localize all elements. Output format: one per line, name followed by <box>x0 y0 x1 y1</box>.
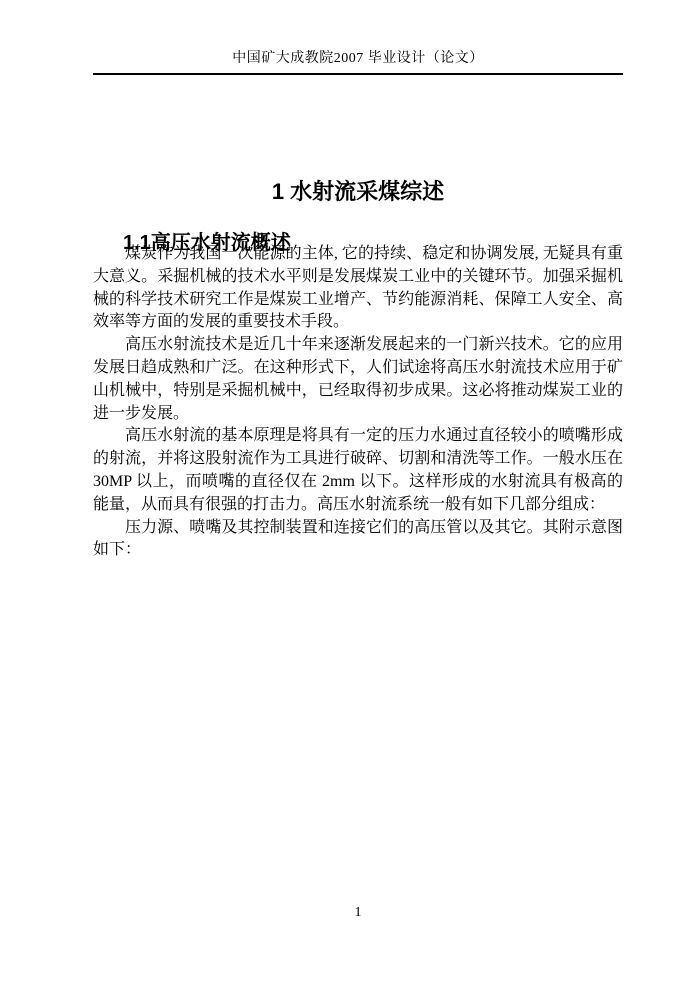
paragraph: 煤炭作为我国一次能源的主体, 它的持续、稳定和协调发展, 无疑具有重大意义。采掘… <box>93 243 623 334</box>
paragraph: 高压水射流技术是近几十年来逐渐发展起来的一门新兴技术。它的应用发展日趋成熟和广泛… <box>93 334 623 425</box>
paragraph: 高压水射流的基本原理是将具有一定的压力水通过直径较小的喷嘴形成的射流，并将这股射… <box>93 425 623 516</box>
running-header: 中国矿大成教院2007 毕业设计（论文） <box>93 50 623 75</box>
document-page: 中国矿大成教院2007 毕业设计（论文） 1 水射流采煤综述 1.1高压水射流概… <box>0 0 696 983</box>
chapter-title: 1 水射流采煤综述 <box>93 178 623 205</box>
page-number: 1 <box>93 903 623 923</box>
running-header-text: 中国矿大成教院2007 毕业设计（论文） <box>232 51 484 66</box>
body-text: 煤炭作为我国一次能源的主体, 它的持续、稳定和协调发展, 无疑具有重大意义。采掘… <box>93 243 623 562</box>
paragraph: 压力源、喷嘴及其控制装置和连接它们的高压管以及其它。其附示意图如下： <box>93 517 623 563</box>
